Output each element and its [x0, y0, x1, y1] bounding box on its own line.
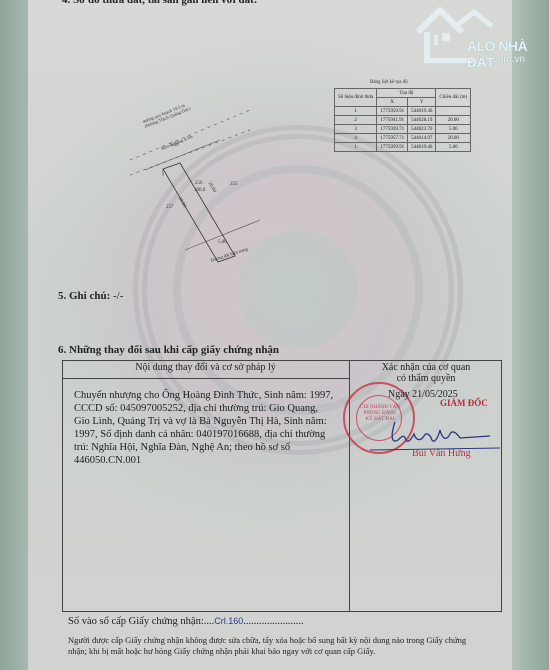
section-5-notes: 5. Ghi chú: -/-: [58, 290, 123, 302]
coord-table-row: 21775941.91544028.1920.00: [335, 116, 471, 125]
change-content-line: Gio Linh, Quảng Trị và vợ là Bà Nguyễn T…: [74, 415, 350, 428]
coord-cell-x: 1775959.91: [377, 107, 408, 116]
section-4-heading: 4. Sơ đồ thửa đất, tài sản gắn liền với …: [62, 0, 257, 6]
coord-table-title: Bảng liệt kê tọa độ: [370, 80, 408, 85]
coord-cell-y: 544019.46: [408, 143, 436, 152]
changes-table-header-line: [62, 378, 349, 379]
change-content-line: CCCD số: 045097005252, địa chỉ thường tr…: [74, 402, 350, 415]
coord-cell-point: 1: [335, 143, 377, 152]
col-length: Chiều dài (m): [436, 89, 471, 107]
col-y: Y: [408, 98, 436, 107]
coord-cell-y: 544023.70: [408, 125, 436, 134]
coord-cell-length: 20.00: [436, 134, 471, 143]
change-content-line: trú: Nghĩa Hội, Nghĩa Đàn, Nghệ An; theo…: [74, 441, 350, 454]
parcel-number: 256: [195, 181, 203, 186]
change-content-line: 1997, Số định danh cá nhân: 040197016688…: [74, 428, 350, 441]
coord-cell-x: 1775941.91: [377, 116, 408, 125]
signer-name: Bùi Văn Hưng: [412, 448, 471, 459]
coord-table: Số hiệu đỉnh thửa Tọa độ Chiều dài (m) X…: [334, 88, 471, 152]
change-content-line: 446050.CN.001: [74, 454, 350, 467]
coord-cell-y: 544014.97: [408, 134, 436, 143]
parcel-area: 100.0: [194, 188, 205, 193]
coord-cell-point: 3: [335, 125, 377, 134]
coord-cell-length: 5.00: [436, 125, 471, 134]
coord-table-row: 41775957.71544014.9720.00: [335, 134, 471, 143]
col-coord: Tọa độ: [377, 89, 436, 98]
background-left-edge: [0, 0, 30, 670]
coord-table-row: 11775959.91544019.46: [335, 107, 471, 116]
signer-position: GIÁM ĐỐC: [440, 398, 488, 408]
neighbor-left-parcel: 257: [166, 205, 174, 210]
col-point: Số hiệu đỉnh thửa: [335, 89, 377, 107]
coord-cell-y: 544019.46: [408, 107, 436, 116]
col-x: X: [377, 98, 408, 107]
coord-cell-point: 4: [335, 134, 377, 143]
coord-cell-y: 544028.19: [408, 116, 436, 125]
changes-col-content-header: Nội dung thay đổi và cơ sở pháp lý: [62, 362, 349, 373]
neighbor-right-parcel: 255: [230, 182, 238, 187]
change-content: Chuyển nhượng cho Ông Hoàng Đình Thức, S…: [74, 389, 350, 467]
coord-table-row: 31775939.71544023.705.00: [335, 125, 471, 134]
coord-table-row: 11775959.91544019.465.00: [335, 143, 471, 152]
background-right-edge: [509, 0, 549, 670]
signature-icon: [360, 412, 500, 452]
coord-cell-point: 2: [335, 116, 377, 125]
coord-cell-x: 1775957.71: [377, 134, 408, 143]
edge-bottom-length: 5.00: [218, 240, 227, 245]
coord-cell-x: 1775939.71: [377, 125, 408, 134]
coord-cell-x: 1775959.91: [377, 143, 408, 152]
certificate-register-number: Số vào sổ cấp Giấy chứng nhận:....Crl.16…: [68, 616, 304, 627]
section-6-heading: 6. Những thay đổi sau khi cấp giấy chứng…: [58, 344, 279, 356]
watermark-domain: .com.vn: [490, 54, 525, 65]
changes-col-confirm-header: Xác nhận của cơ quancó thẩm quyền: [352, 362, 500, 384]
coord-cell-point: 1: [335, 107, 377, 116]
coord-cell-length: [436, 107, 471, 116]
change-content-line: Chuyển nhượng cho Ông Hoàng Đình Thức, S…: [74, 389, 350, 402]
footer-note: Người được cấp Giấy chứng nhận không đượ…: [68, 635, 468, 657]
coord-cell-length: 20.00: [436, 116, 471, 125]
coord-cell-length: 5.00: [436, 143, 471, 152]
edge-top-length: 5.00: [170, 143, 179, 148]
